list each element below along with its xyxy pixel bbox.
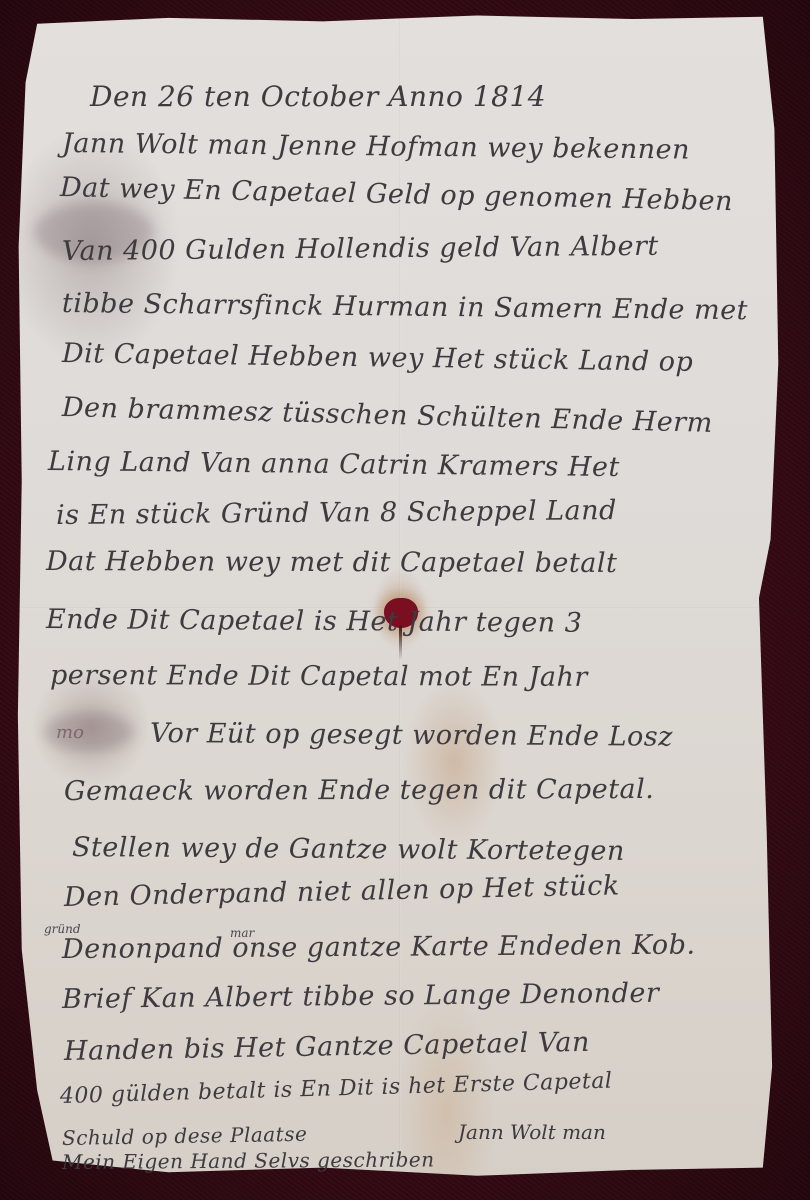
text-line: Gemaeck worden Ende tegen dit Capetal. <box>64 774 654 807</box>
text-line: Handen bis Het Gantze Capetael Van <box>64 1027 590 1067</box>
text-line: Dat Hebben wey met dit Capetael betalt <box>46 546 617 579</box>
smudged-annotation: mo <box>56 722 84 743</box>
text-line: Ende Dit Capetael is Het Jahr tegen 3 <box>46 604 583 639</box>
signature: Jann Wolt man <box>458 1120 606 1144</box>
text-line: Van 400 Gulden Hollendis geld Van Albert <box>62 231 659 267</box>
date-line: Den 26 ten October Anno 1814 <box>90 80 546 113</box>
text-line: Jann Wolt man Jenne Hofman wey bekennen <box>62 128 690 166</box>
text-line: Denonpand onse gantze Karte Endeden Kob. <box>62 930 696 965</box>
text-line: Mein Eigen Hand Selvs geschriben <box>62 1147 435 1174</box>
text-line: Den brammesz tüsschen Schülten Ende Herm <box>62 392 714 439</box>
text-line: Dit Capetael Hebben wey Het stück Land o… <box>62 338 694 378</box>
text-line: Schuld op dese Plaatse <box>62 1122 308 1150</box>
text-line: Stellen wey de Gantze wolt Kortetegen <box>72 832 625 867</box>
handwritten-text: Den 26 ten October Anno 1814 Jann Wolt m… <box>0 0 810 1200</box>
text-line: 400 gülden betalt is En Dit is het Erste… <box>60 1069 613 1109</box>
text-line: Den Onderpand niet allen op Het stück <box>64 870 620 913</box>
text-line: is En stück Gründ Van 8 Scheppel Land <box>56 495 617 531</box>
text-line: persent Ende Dit Capetal mot En Jahr <box>50 660 588 693</box>
text-line: Dat wey En Capetael Geld op genomen Hebb… <box>60 172 734 217</box>
text-line: Vor Eüt op gesegt worden Ende Losz <box>150 718 673 753</box>
text-line: tibbe Scharrsfinck Hurman in Samern Ende… <box>62 288 748 326</box>
text-line: Ling Land Van anna Catrin Kramers Het <box>48 446 620 483</box>
text-line: Brief Kan Albert tibbe so Lange Denonder <box>62 978 660 1015</box>
